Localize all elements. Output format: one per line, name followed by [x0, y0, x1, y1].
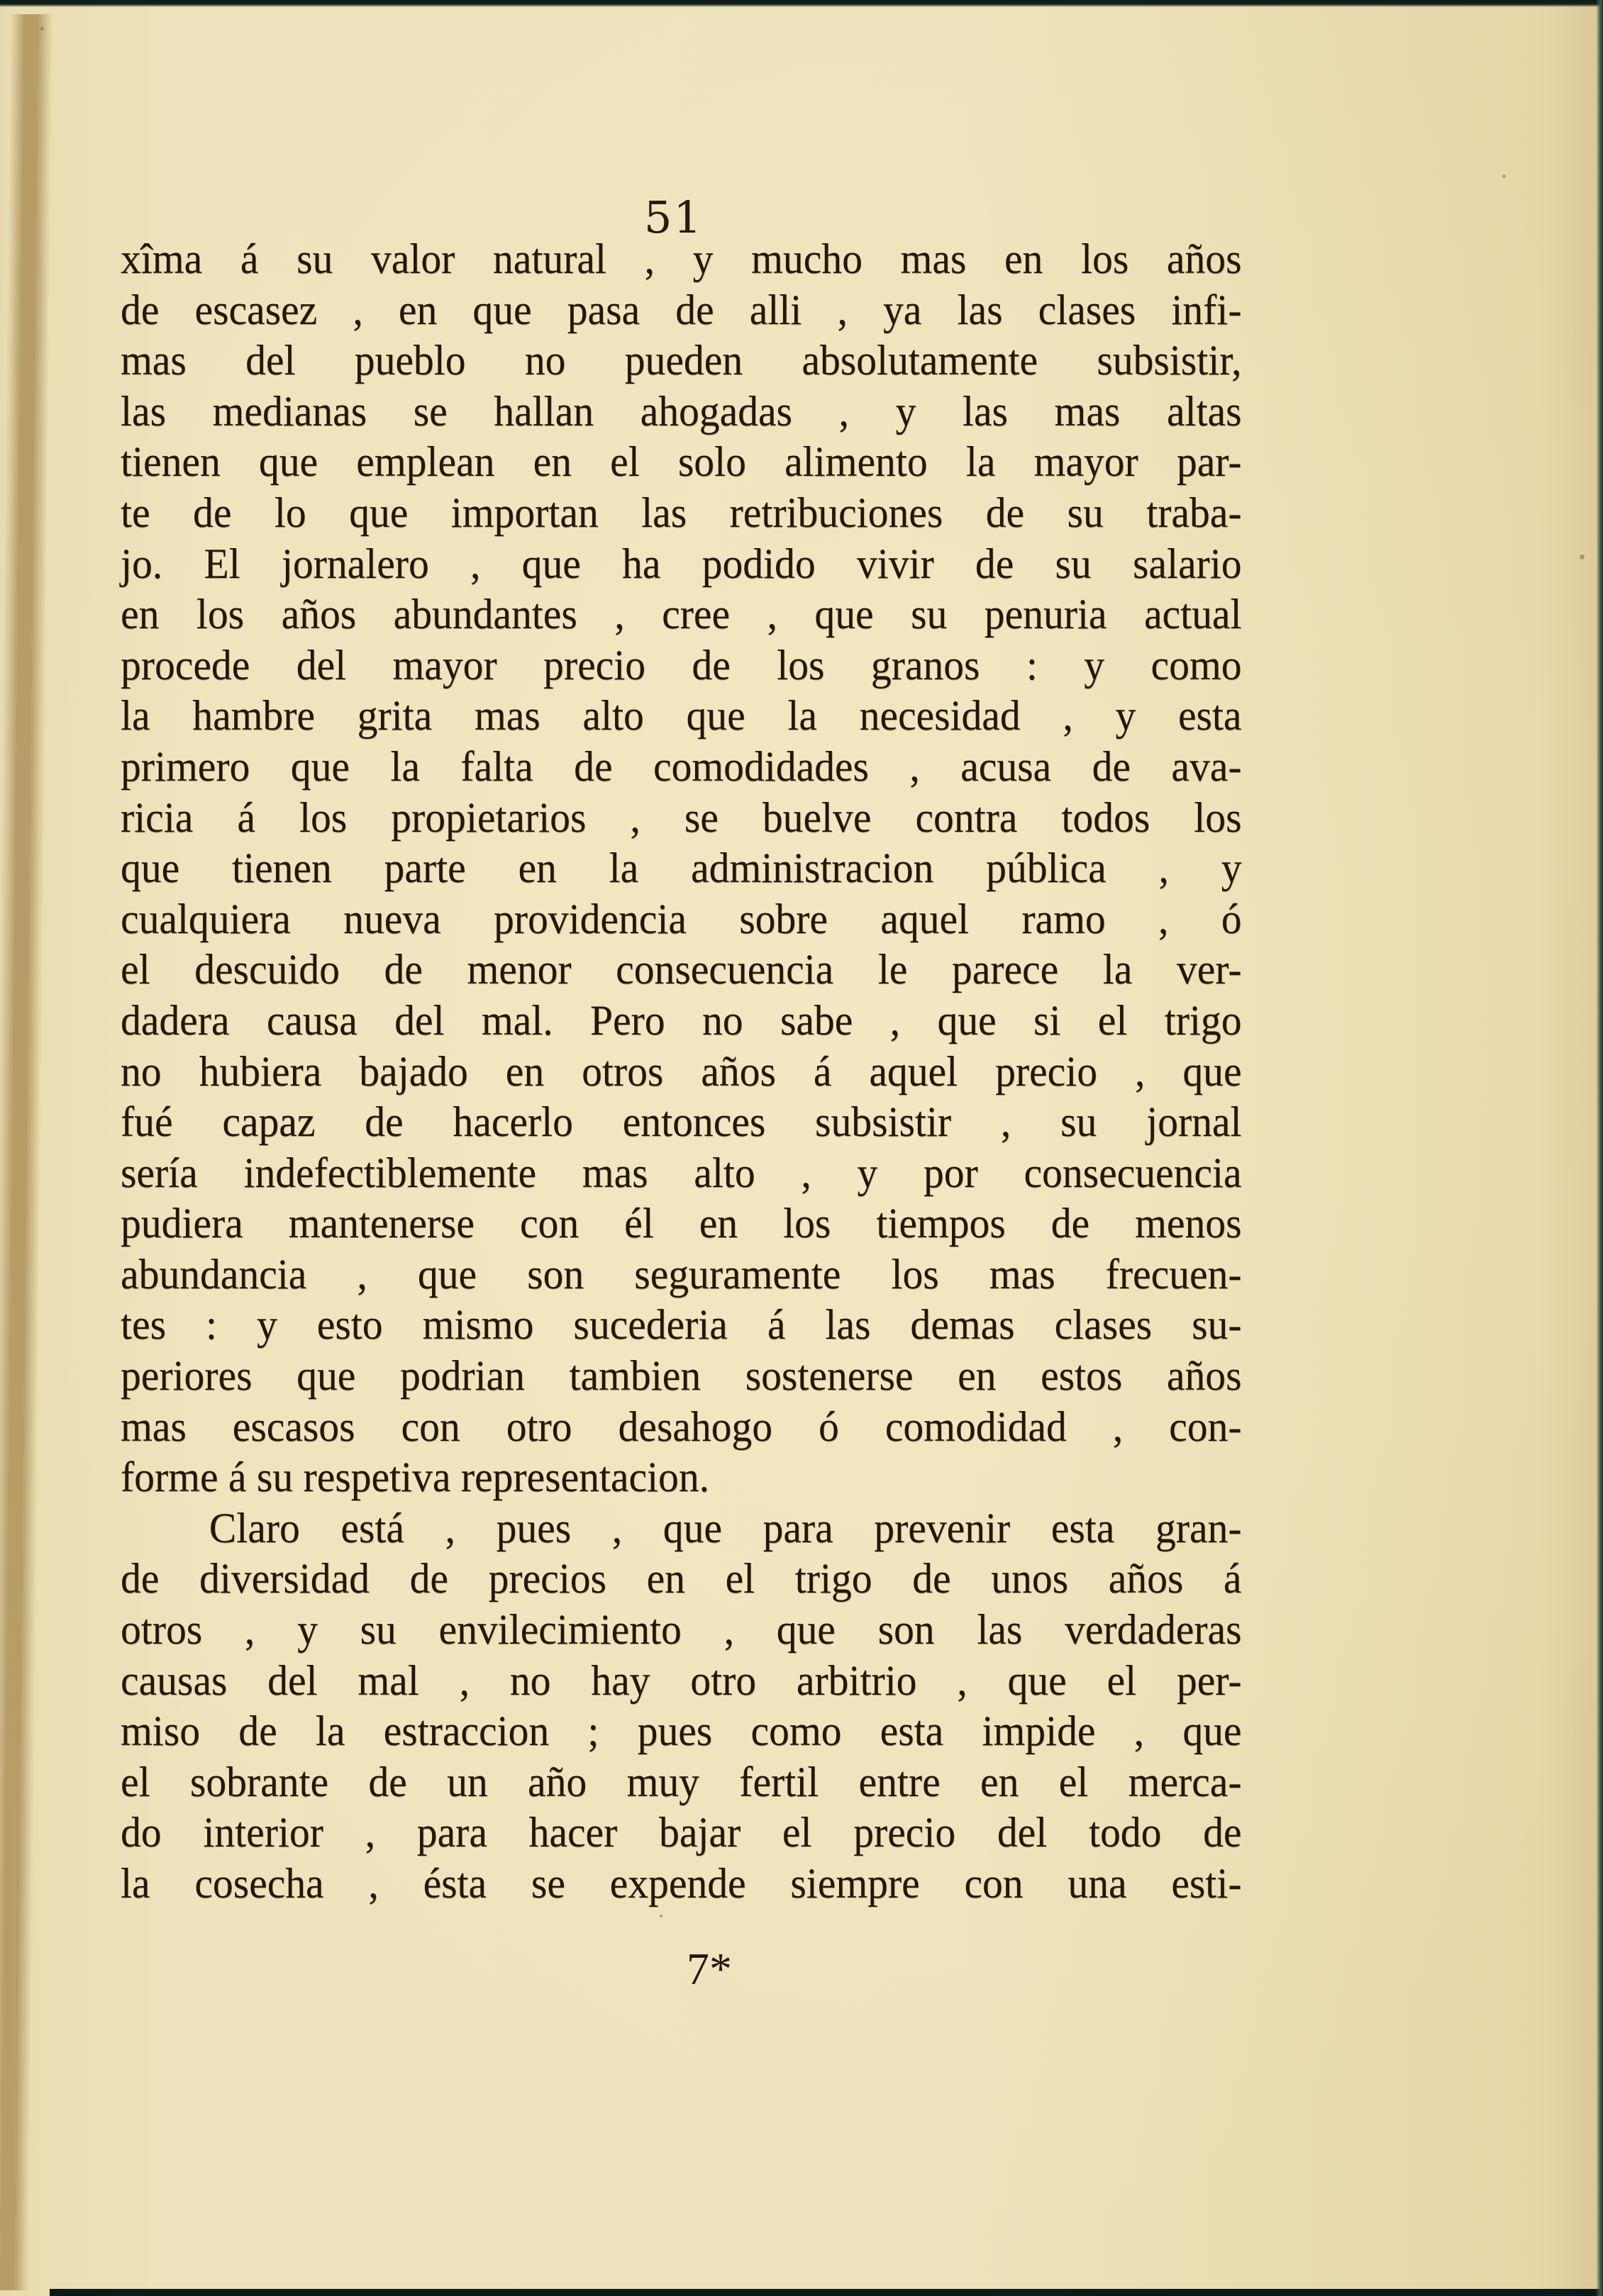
scan-bottom-edge — [50, 2289, 1603, 2296]
text-line: dadera causa del mal. Pero no sabe , que… — [121, 996, 1242, 1047]
text-line: que tienen parte en la administracion pú… — [121, 843, 1242, 894]
text-line: no hubiera bajado en otros años á aquel … — [121, 1047, 1242, 1098]
paper-speck — [40, 27, 44, 30]
text-line: tes : y esto mismo sucederia á las demas… — [121, 1300, 1242, 1351]
text-line: pudiera mantenerse con él en los tiempos… — [121, 1198, 1242, 1249]
scan-right-edge — [1597, 0, 1603, 2296]
text-line: el descuido de menor consecuencia le par… — [121, 944, 1242, 996]
text-line: jo. El jornalero , que ha podido vivir d… — [121, 539, 1242, 590]
text-line: mas del pueblo no pueden absolutamente s… — [121, 335, 1242, 386]
text-line: la hambre grita mas alto que la necesida… — [121, 691, 1242, 742]
text-line: de escasez , en que pasa de alli , ya la… — [121, 285, 1242, 336]
paper-speck — [1502, 174, 1506, 178]
text-line: miso de la estraccion ; pues como esta i… — [121, 1706, 1242, 1757]
text-line: do interior , para hacer bajar el precio… — [121, 1807, 1242, 1858]
paper-speck — [660, 1915, 662, 1917]
text-line: el sobrante de un año muy fertil entre e… — [121, 1757, 1242, 1808]
text-line: en los años abundantes , cree , que su p… — [121, 589, 1242, 640]
text-line: sería indefectiblemente mas alto , y por… — [121, 1148, 1242, 1199]
text-line: causas del mal , no hay otro arbitrio , … — [121, 1656, 1242, 1707]
text-line: la cosecha , ésta se expende siempre con… — [121, 1858, 1242, 1910]
text-line: procede del mayor precio de los granos :… — [121, 640, 1242, 691]
text-line: cualquiera nueva providencia sobre aquel… — [121, 894, 1242, 945]
text-line: xîma á su valor natural , y mucho mas en… — [121, 234, 1242, 285]
text-line: te de lo que importan las retribuciones … — [121, 488, 1242, 539]
text-line: primero que la falta de comodidades , ac… — [121, 742, 1242, 793]
signature-mark: 7* — [687, 1943, 732, 1995]
text-line: abundancia , que son seguramente los mas… — [121, 1249, 1242, 1300]
text-line: fué capaz de hacerlo entonces subsistir … — [121, 1097, 1242, 1148]
text-line: las medianas se hallan ahogadas , y las … — [121, 386, 1242, 438]
text-line: periores que podrian tambien sostenerse … — [121, 1351, 1242, 1402]
text-line: otros , y su envilecimiento , que son la… — [121, 1605, 1242, 1656]
scan-top-edge — [0, 0, 1603, 7]
paper-speck — [1580, 555, 1585, 559]
text-line: mas escasos con otro desahogo ó comodida… — [121, 1402, 1242, 1453]
body-text: xîma á su valor natural , y mucho mas en… — [121, 234, 1241, 1910]
text-line: de diversidad de precios en el trigo de … — [121, 1554, 1242, 1605]
paragraph-end-line: forme á su respetiva representacion. — [121, 1452, 1242, 1503]
text-line: tienen que emplean en el solo alimento l… — [121, 437, 1242, 488]
text-line: ricia á los propietarios , se buelve con… — [121, 793, 1242, 844]
paragraph-start-line: Claro está , pues , que para prevenir es… — [121, 1503, 1242, 1554]
